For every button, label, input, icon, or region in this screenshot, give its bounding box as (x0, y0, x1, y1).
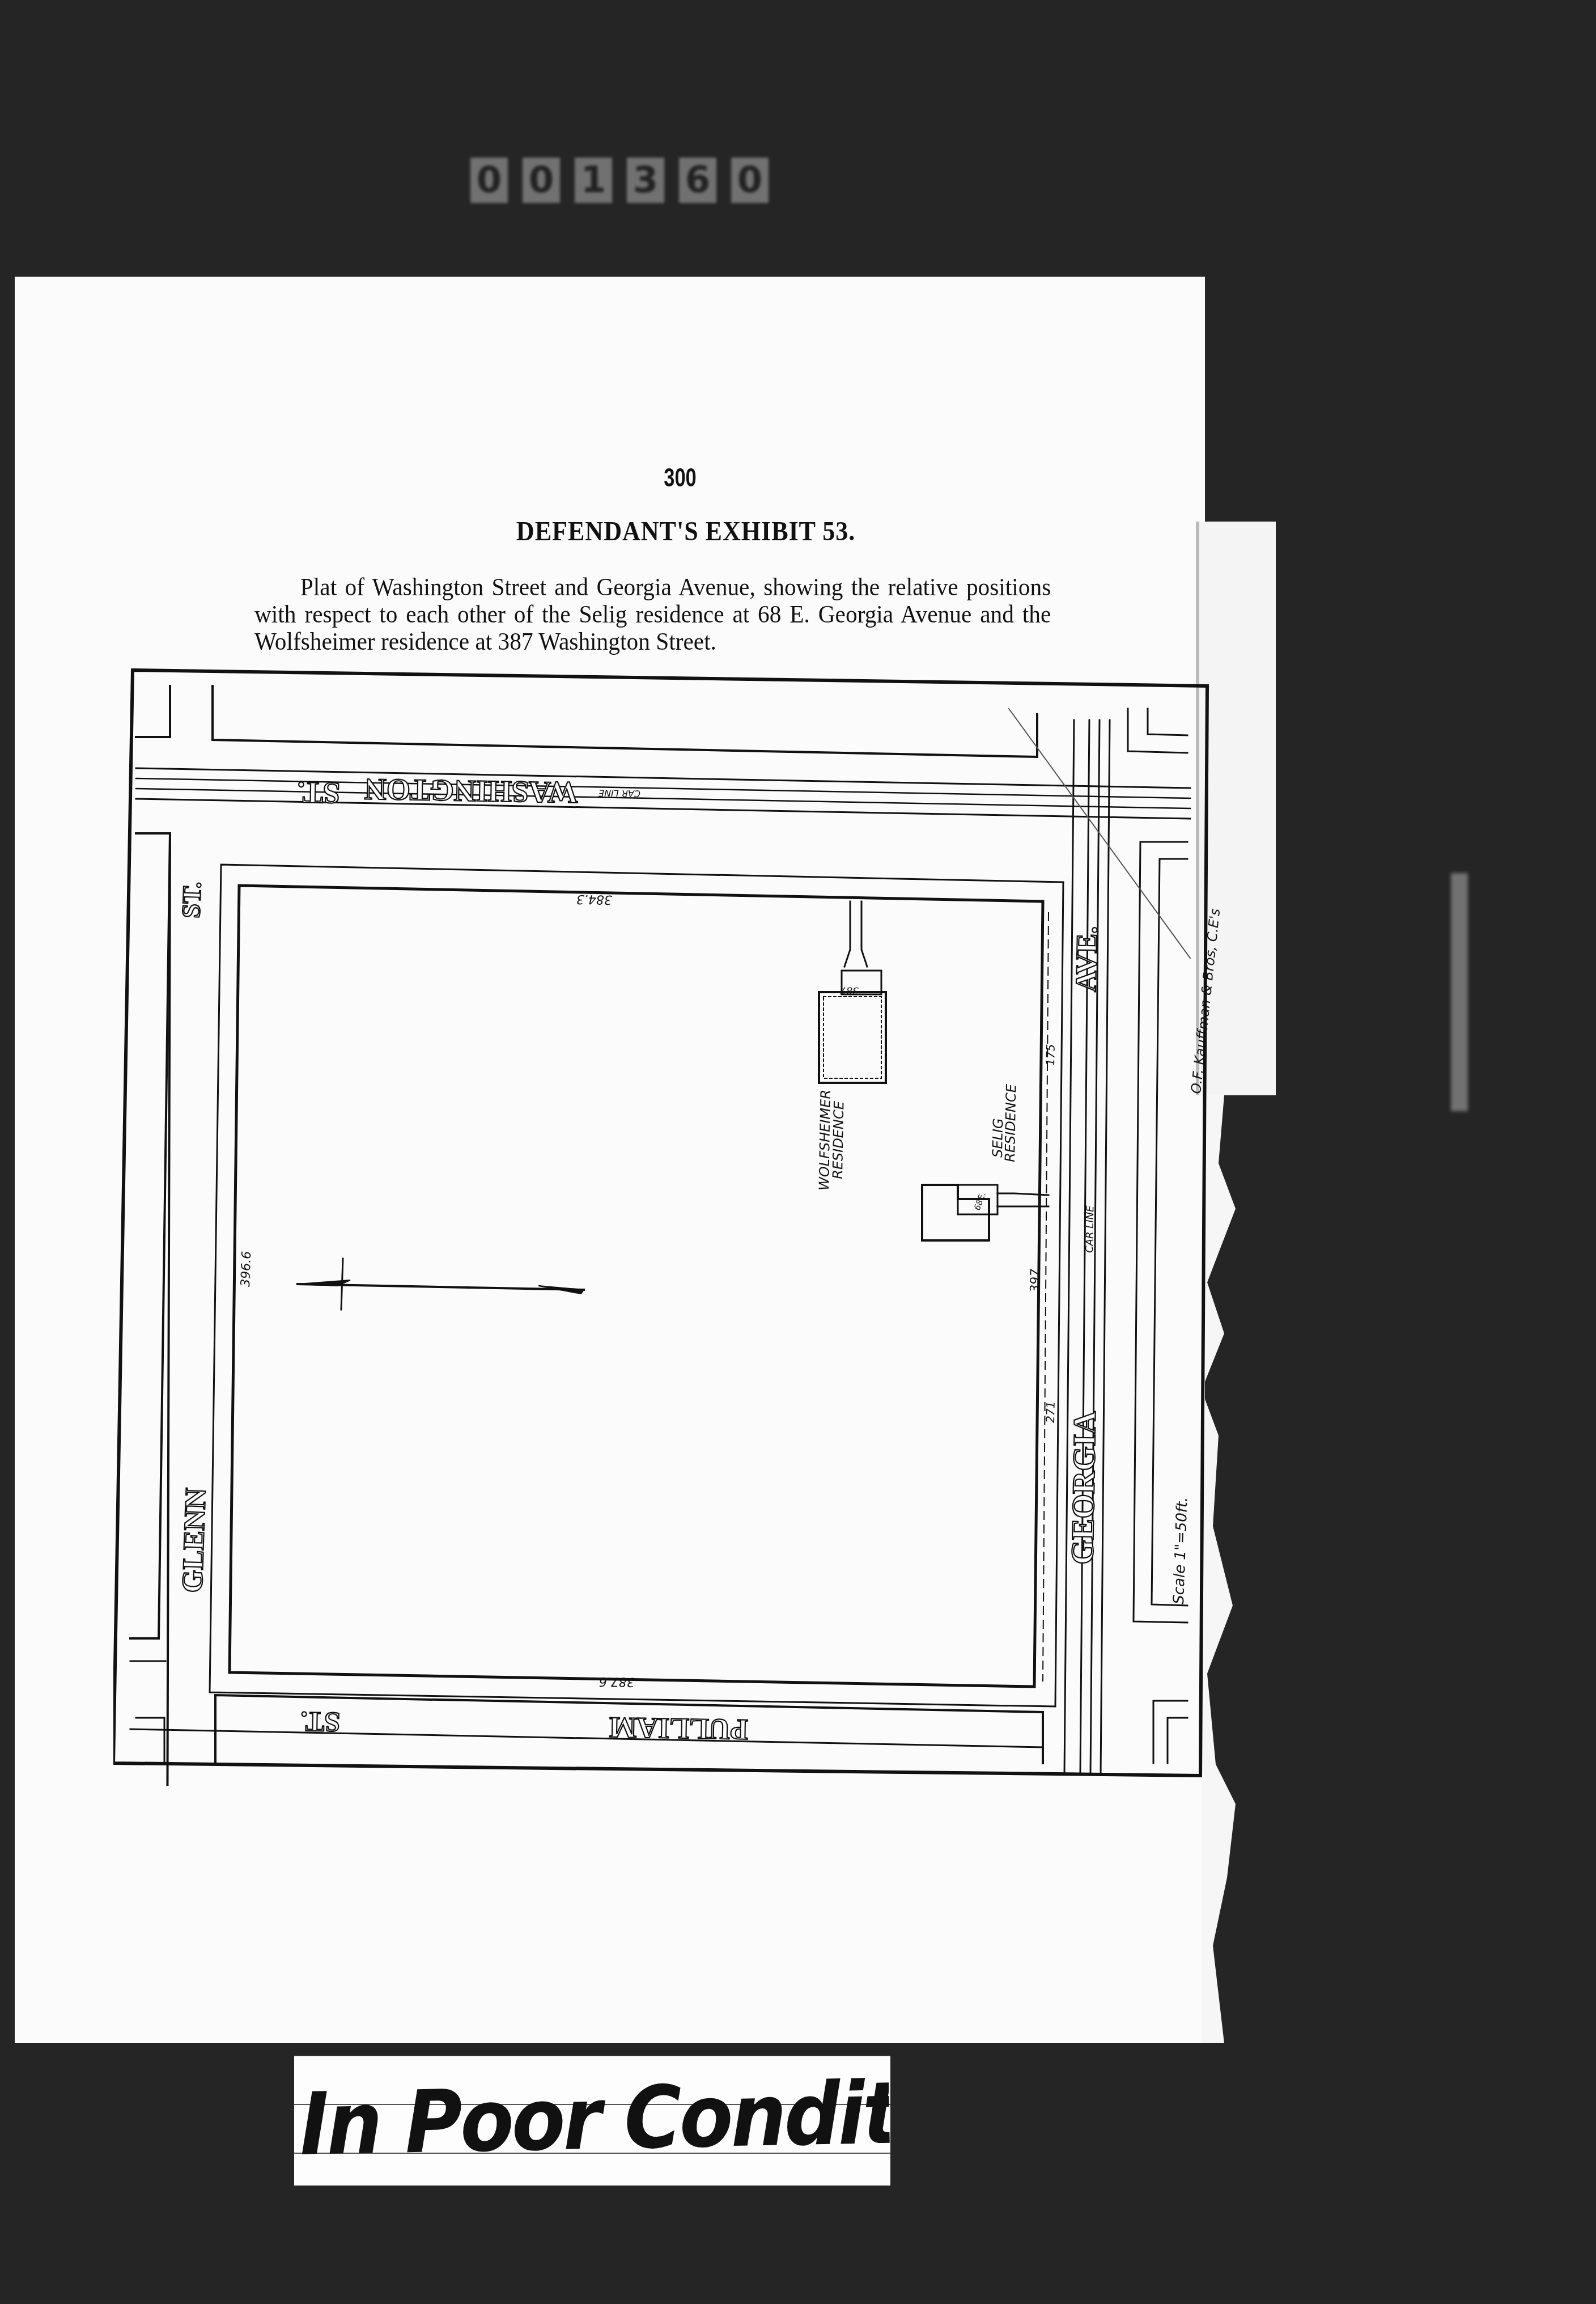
washington-car-line-label: CAR LINE (598, 787, 640, 799)
condition-label: In Poor Condition (294, 2055, 890, 2186)
page-number: 300 (659, 462, 702, 493)
wolfsheimer-label-line2: RESIDENCE (830, 1100, 847, 1179)
street-label-pulliam-suffix: ST. (300, 1706, 341, 1738)
street-label-pulliam: PULLIAM (609, 1711, 749, 1746)
plat-scale: Scale 1"=50ft. (1170, 1497, 1191, 1604)
stamp-digit: 0 (470, 158, 508, 203)
dimension-south: 387.6 (599, 1674, 635, 1689)
stamp-digit: 0 (523, 158, 560, 203)
plat-drawing: WASHINGTON ST. CAR LINE GLENN ST. GEORGI… (113, 663, 1224, 1786)
street-label-glenn: GLENN (176, 1488, 212, 1594)
wolfsheimer-house-number: 387 (840, 984, 859, 996)
street-label-glenn-suffix: ST. (176, 881, 206, 918)
surveyor-credit: O.F. Kauffman & Bros, C.E's (1188, 908, 1223, 1094)
film-artifact (1451, 873, 1468, 1111)
exhibit-title: DEFENDANT'S EXHIBIT 53. (347, 516, 1025, 547)
selig-house-number: 68E. (972, 1191, 988, 1212)
stamp-digit: 1 (575, 158, 612, 203)
stamp-digit: 6 (679, 158, 716, 203)
dimension-north: 384.3 (576, 892, 612, 907)
stamp-digit: 0 (731, 158, 769, 203)
condition-note: In Poor Condition (299, 2063, 890, 2175)
street-label-washington-suffix: ST. (297, 776, 341, 810)
street-label-georgia: GEORGIA (1065, 1411, 1103, 1565)
dimension-west: 396.6 (239, 1251, 254, 1287)
selig-label-line2: RESIDENCE (1002, 1083, 1019, 1162)
street-label-washington: WASHINGTON (364, 772, 578, 810)
offset-east-lower: 271 (1043, 1401, 1058, 1423)
offset-east-upper: 175 (1043, 1044, 1058, 1066)
georgia-car-line-label: CAR LINE (1084, 1205, 1096, 1253)
plat-map: WASHINGTON ST. CAR LINE GLENN ST. GEORGI… (113, 663, 1224, 1786)
stamp-digit: 3 (627, 158, 664, 203)
dimension-east: 397 (1028, 1269, 1043, 1293)
street-label-georgia-suffix: AVE. (1070, 926, 1103, 992)
frame-counter-stamp: 0 0 1 3 6 0 (470, 158, 769, 203)
exhibit-description: Plat of Washington Street and Georgia Av… (254, 574, 1051, 655)
